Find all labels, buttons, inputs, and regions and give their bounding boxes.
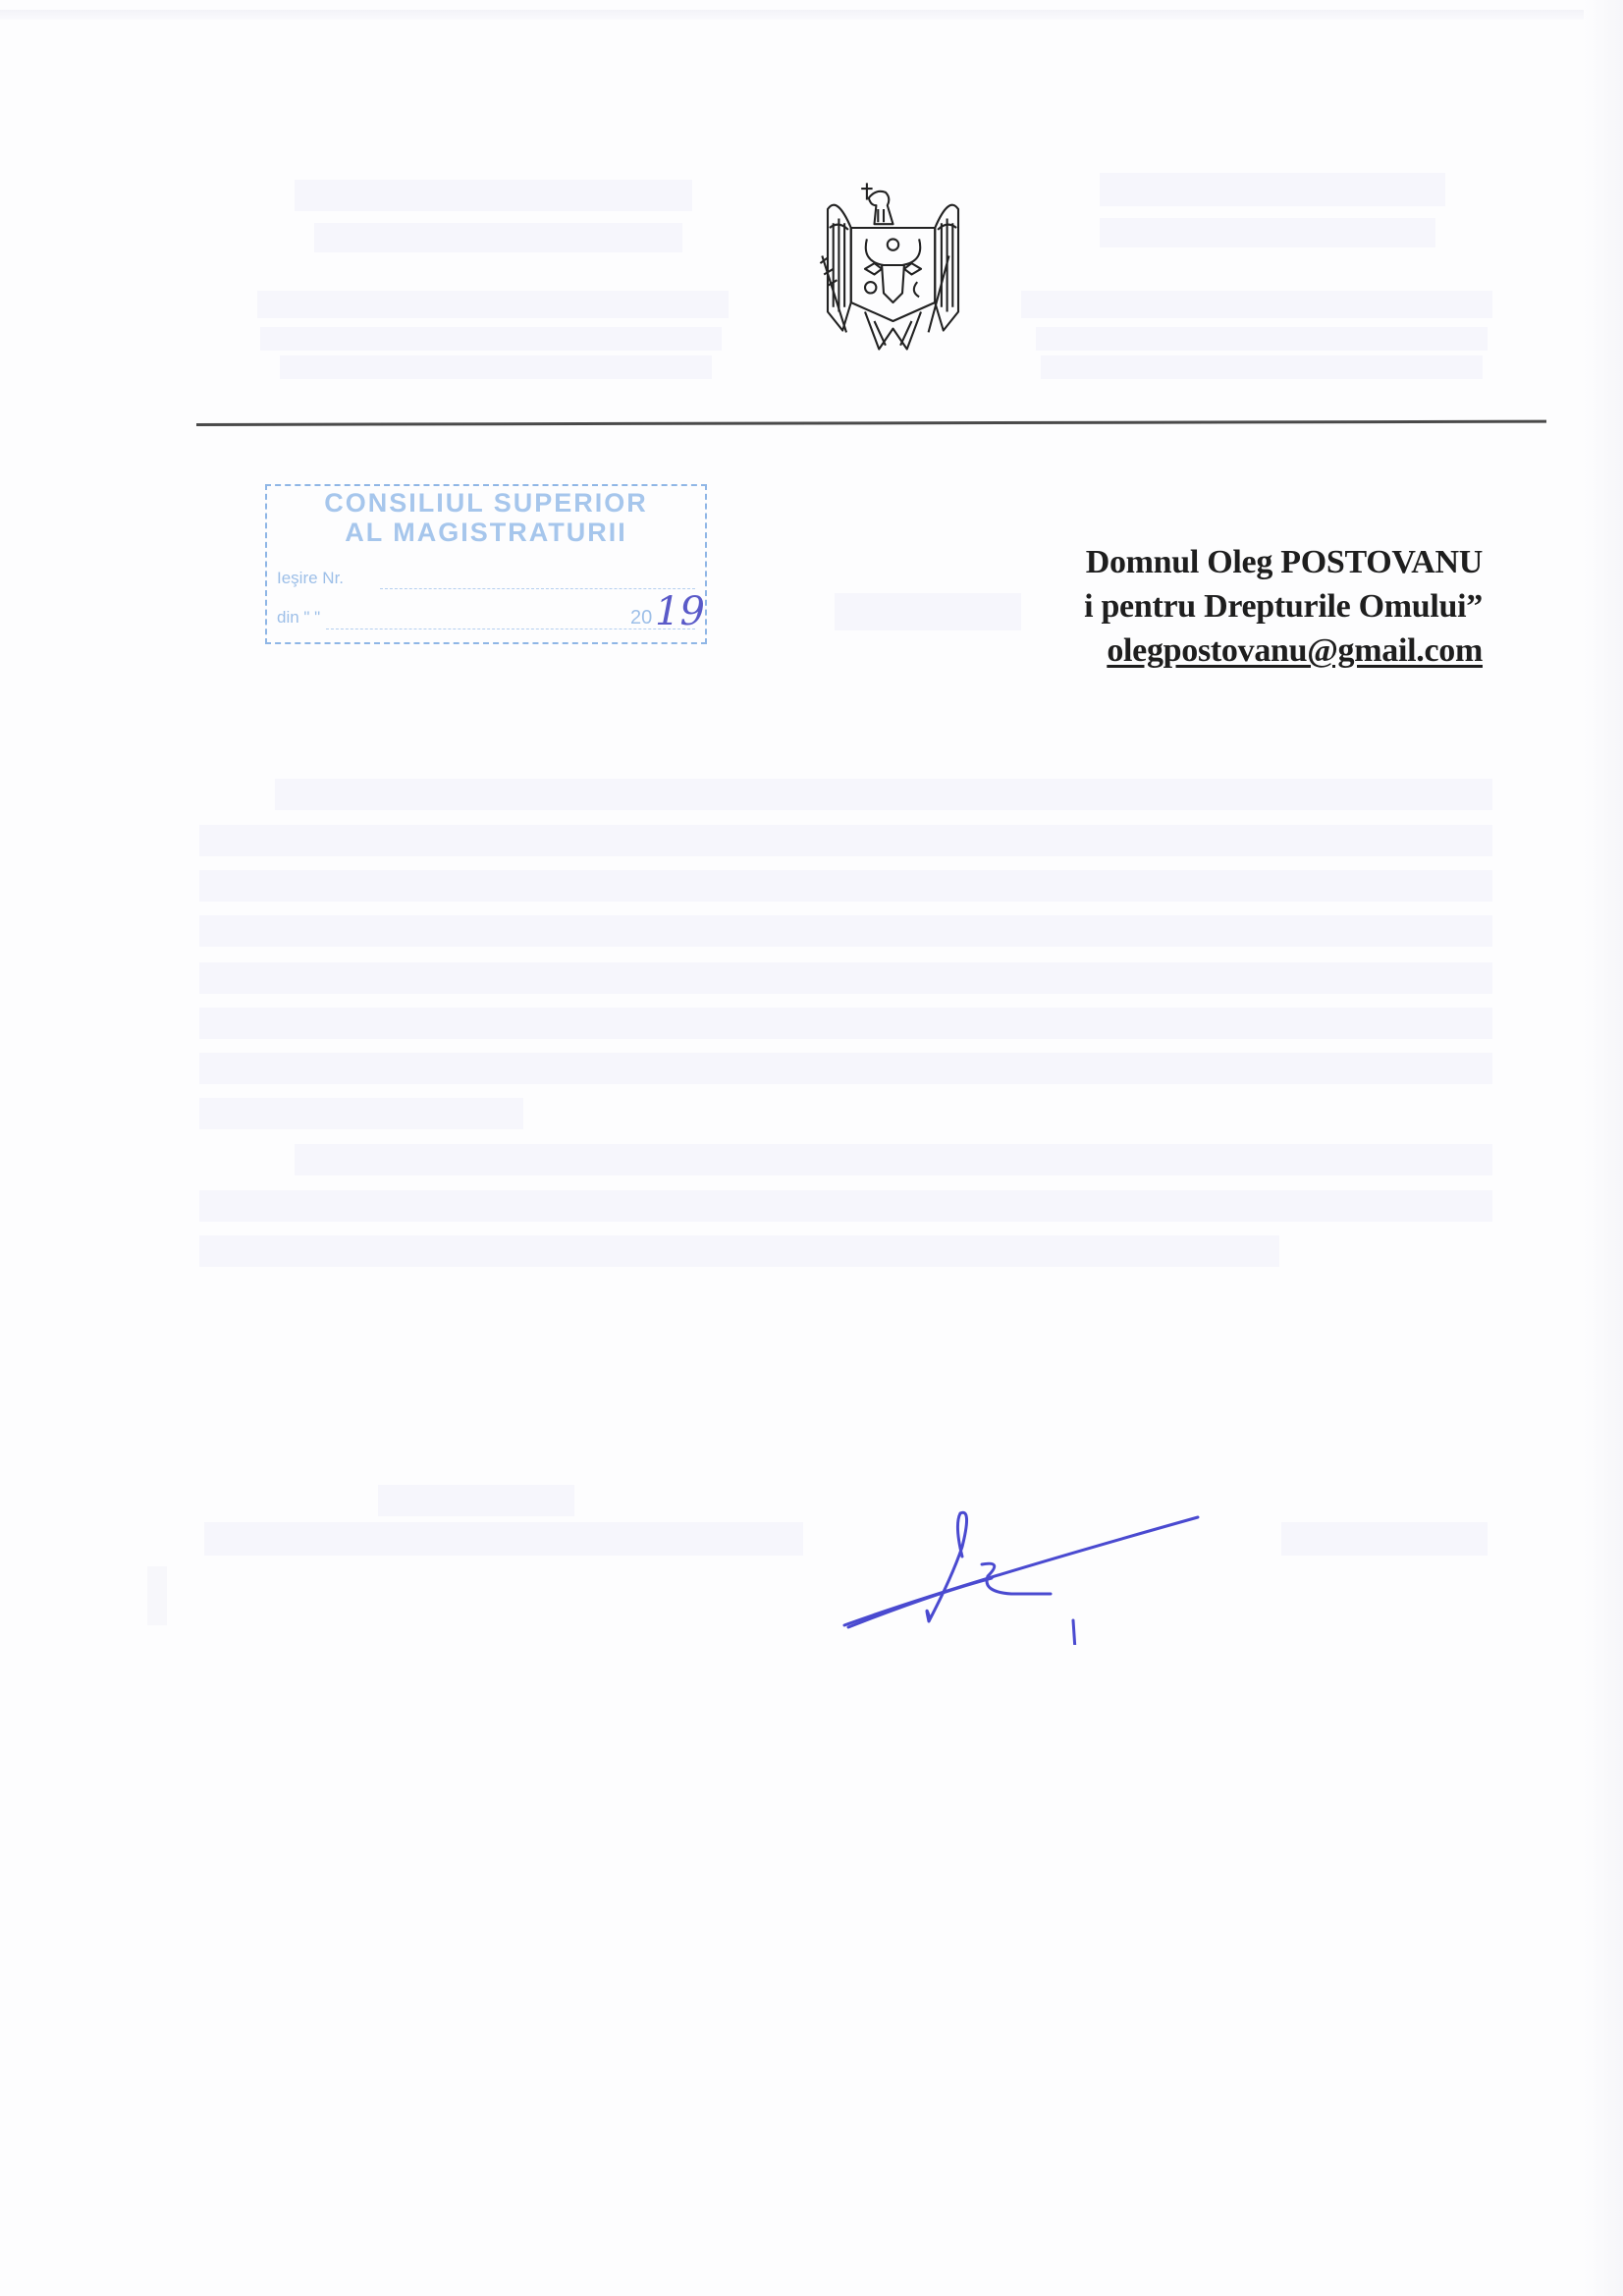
redacted-header-right-contact2 <box>1041 355 1483 379</box>
redacted-header-left-contact <box>260 327 722 351</box>
scan-edge-right <box>1584 0 1623 2296</box>
redacted-body-line <box>199 1053 1492 1084</box>
addressee-name: Domnul Oleg POSTOVANU <box>1084 540 1483 584</box>
stamp-year-prefix: 20 <box>630 607 652 629</box>
stamp-outgoing-line <box>380 588 695 589</box>
stamp-year-handwritten: 19 <box>655 589 705 634</box>
redacted-body-line <box>199 1098 523 1129</box>
redacted-signatory-name <box>1281 1522 1488 1556</box>
redacted-header-right-contact <box>1036 327 1488 351</box>
redacted-header-left-title <box>295 180 692 211</box>
redacted-body-line <box>295 1144 1492 1175</box>
stamp-institution-line2: AL MAGISTRATURII <box>267 518 705 548</box>
redacted-body-line <box>199 915 1492 947</box>
addressee-organization: i pentru Drepturile Omului” <box>1084 584 1483 629</box>
addressee-email[interactable]: olegpostovanu@gmail.com <box>1084 629 1483 673</box>
handwritten-signature-icon <box>835 1478 1208 1645</box>
stamp-outgoing-label: Ieşire Nr. <box>277 569 344 588</box>
stamp-date-label: din " " <box>277 608 320 628</box>
redacted-body-line <box>199 962 1492 994</box>
coat-of-arms-icon <box>807 172 979 358</box>
redacted-body-line <box>199 1190 1492 1222</box>
redacted-header-right-subtitle <box>1100 218 1435 247</box>
redacted-header-left-contact2 <box>280 355 712 379</box>
header-divider <box>196 420 1546 426</box>
redacted-body-line <box>199 1235 1279 1267</box>
redacted-header-right-address <box>1021 291 1492 318</box>
redacted-addressee-org-prefix <box>835 593 1021 630</box>
redacted-body-line <box>275 779 1492 810</box>
redacted-signatory-institution <box>204 1522 803 1556</box>
registration-stamp: CONSILIUL SUPERIOR AL MAGISTRATURII Ieşi… <box>265 484 707 644</box>
scan-edge <box>0 10 1623 20</box>
redacted-body-line <box>199 1008 1492 1039</box>
stamp-institution-line1: CONSILIUL SUPERIOR <box>267 488 705 519</box>
redacted-header-left-subtitle <box>314 223 682 252</box>
margin-mark <box>147 1566 167 1625</box>
redacted-header-left-address <box>257 291 729 318</box>
redacted-body-line <box>199 870 1492 902</box>
addressee-block: Domnul Oleg POSTOVANU i pentru Drepturil… <box>1084 540 1483 673</box>
redacted-signatory-title <box>378 1485 574 1516</box>
redacted-header-right-title <box>1100 173 1445 206</box>
redacted-body-line <box>199 825 1492 856</box>
